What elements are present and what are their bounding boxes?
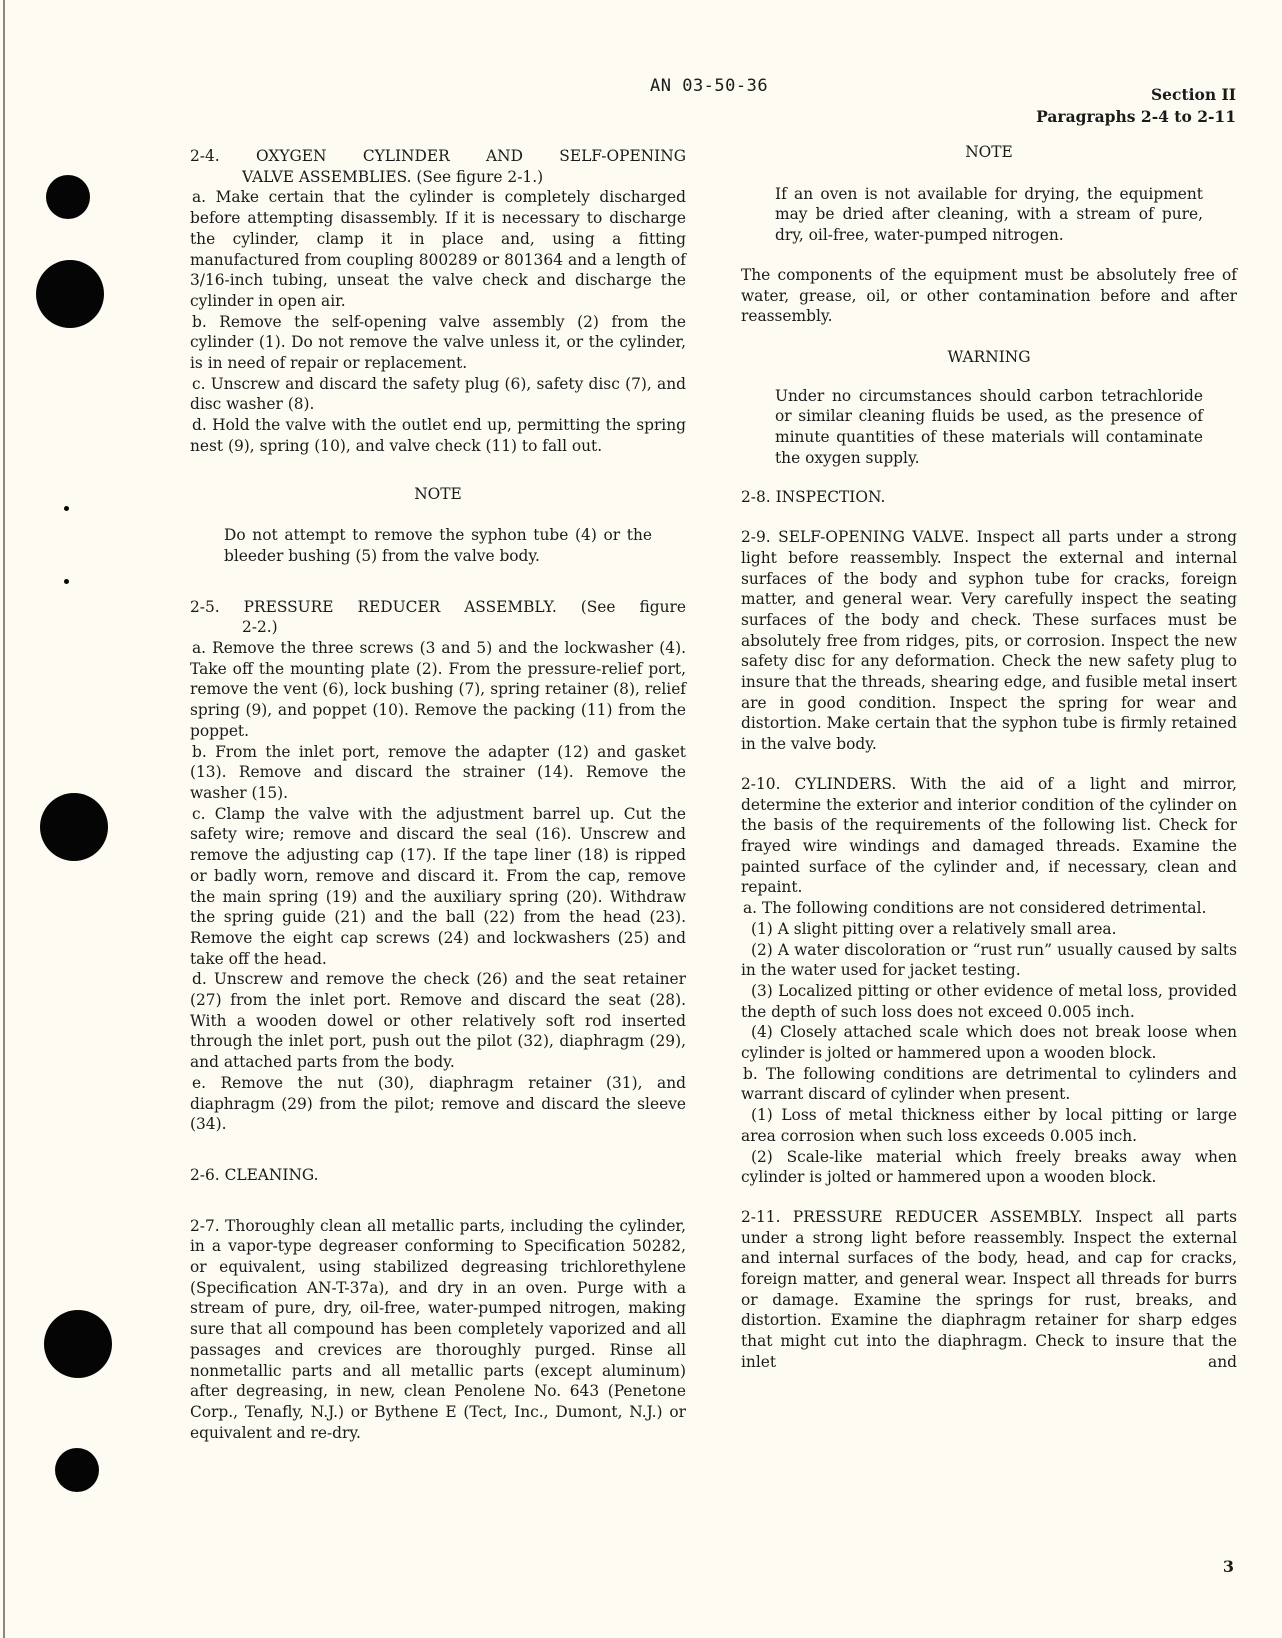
right-column: NOTE If an oven is not available for dry… [741,146,1237,1373]
binder-hole-small [46,175,90,219]
page-number: 3 [1223,1557,1234,1576]
paragraph-2-9: 2-9. SELF-OPENING VALVE. Inspect all par… [741,527,1237,755]
paragraph-range: Paragraphs 2-4 to 2-11 [1036,106,1236,128]
section-header: Section II Paragraphs 2-4 to 2-11 [1036,84,1236,128]
note-text: If an oven is not available for drying, … [775,184,1203,246]
binder-hole-small [55,1448,99,1492]
step-c: c. Clamp the valve with the adjustment b… [190,804,686,970]
step-d: d. Hold the valve with the outlet end up… [190,415,686,456]
warning-box: WARNING Under no circumstances should ca… [741,347,1237,469]
note-text: Do not attempt to remove the syphon tube… [224,525,652,566]
binder-hole-large [36,260,104,328]
step-b: b. The following conditions are detrimen… [741,1064,1237,1105]
punch-dot [64,506,69,511]
substep-a2: (2) A water discoloration or “rust run” … [741,940,1237,981]
paragraph-heading: 2-4. OXYGEN CYLINDER AND SELF-OPENING [190,146,686,167]
step-d: d. Unscrew and remove the check (26) and… [190,969,686,1073]
note-box: NOTE Do not attempt to remove the syphon… [190,484,686,567]
substep-a1: (1) A slight pitting over a relatively s… [741,919,1237,940]
paragraph-2-5: 2-5. PRESSURE REDUCER ASSEMBLY. (See fig… [190,597,686,1135]
substep-a4: (4) Closely attached scale which does no… [741,1022,1237,1063]
paragraph-2-10: 2-10. CYLINDERS. With the aid of a light… [741,774,1237,1188]
paragraph-2-11: 2-11. PRESSURE REDUCER ASSEMBLY. Inspect… [741,1207,1237,1373]
paragraph-heading: 2-5. PRESSURE REDUCER ASSEMBLY. (See fig… [190,597,686,618]
substep-b1: (1) Loss of metal thickness either by lo… [741,1105,1237,1146]
paragraph-2-10-text: 2-10. CYLINDERS. With the aid of a light… [741,774,1237,898]
step-a: a. The following conditions are not cons… [741,898,1237,919]
paragraph-2-4: 2-4. OXYGEN CYLINDER AND SELF-OPENING VA… [190,146,686,457]
step-a: a. Make certain that the cylinder is com… [190,187,686,311]
paragraph-2-7: 2-7. Thoroughly clean all metallic parts… [190,1216,686,1444]
contamination-statement: The components of the equipment must be … [741,265,1237,327]
left-column: 2-4. OXYGEN CYLINDER AND SELF-OPENING VA… [190,146,686,1443]
substep-b2: (2) Scale-like material which freely bre… [741,1147,1237,1188]
substep-a3: (3) Localized pitting or other evidence … [741,981,1237,1022]
section-label: Section II [1036,84,1236,106]
step-b: b. From the inlet port, remove the adapt… [190,742,686,804]
step-b: b. Remove the self-opening valve assembl… [190,312,686,374]
paragraph-2-6-heading: 2-6. CLEANING. [190,1165,686,1186]
note-box: NOTE If an oven is not available for dry… [741,142,1237,246]
note-title: NOTE [190,484,686,505]
paragraph-2-8-heading: 2-8. INSPECTION. [741,487,1237,508]
step-c: c. Unscrew and discard the safety plug (… [190,374,686,415]
note-title: NOTE [741,142,1237,163]
punch-dot [64,579,69,584]
page-edge-line [3,0,5,1638]
paragraph-heading-cont: 2-2.) [190,617,686,638]
binder-hole-large [44,1310,112,1378]
step-e: e. Remove the nut (30), diaphragm retain… [190,1073,686,1135]
paragraph-heading-cont: VALVE ASSEMBLIES. (See figure 2-1.) [190,167,686,188]
warning-text: Under no circumstances should carbon tet… [775,386,1203,469]
document-number: AN 03-50-36 [650,76,768,96]
warning-title: WARNING [741,347,1237,368]
binder-hole-large [40,793,108,861]
step-a: a. Remove the three screws (3 and 5) and… [190,638,686,742]
